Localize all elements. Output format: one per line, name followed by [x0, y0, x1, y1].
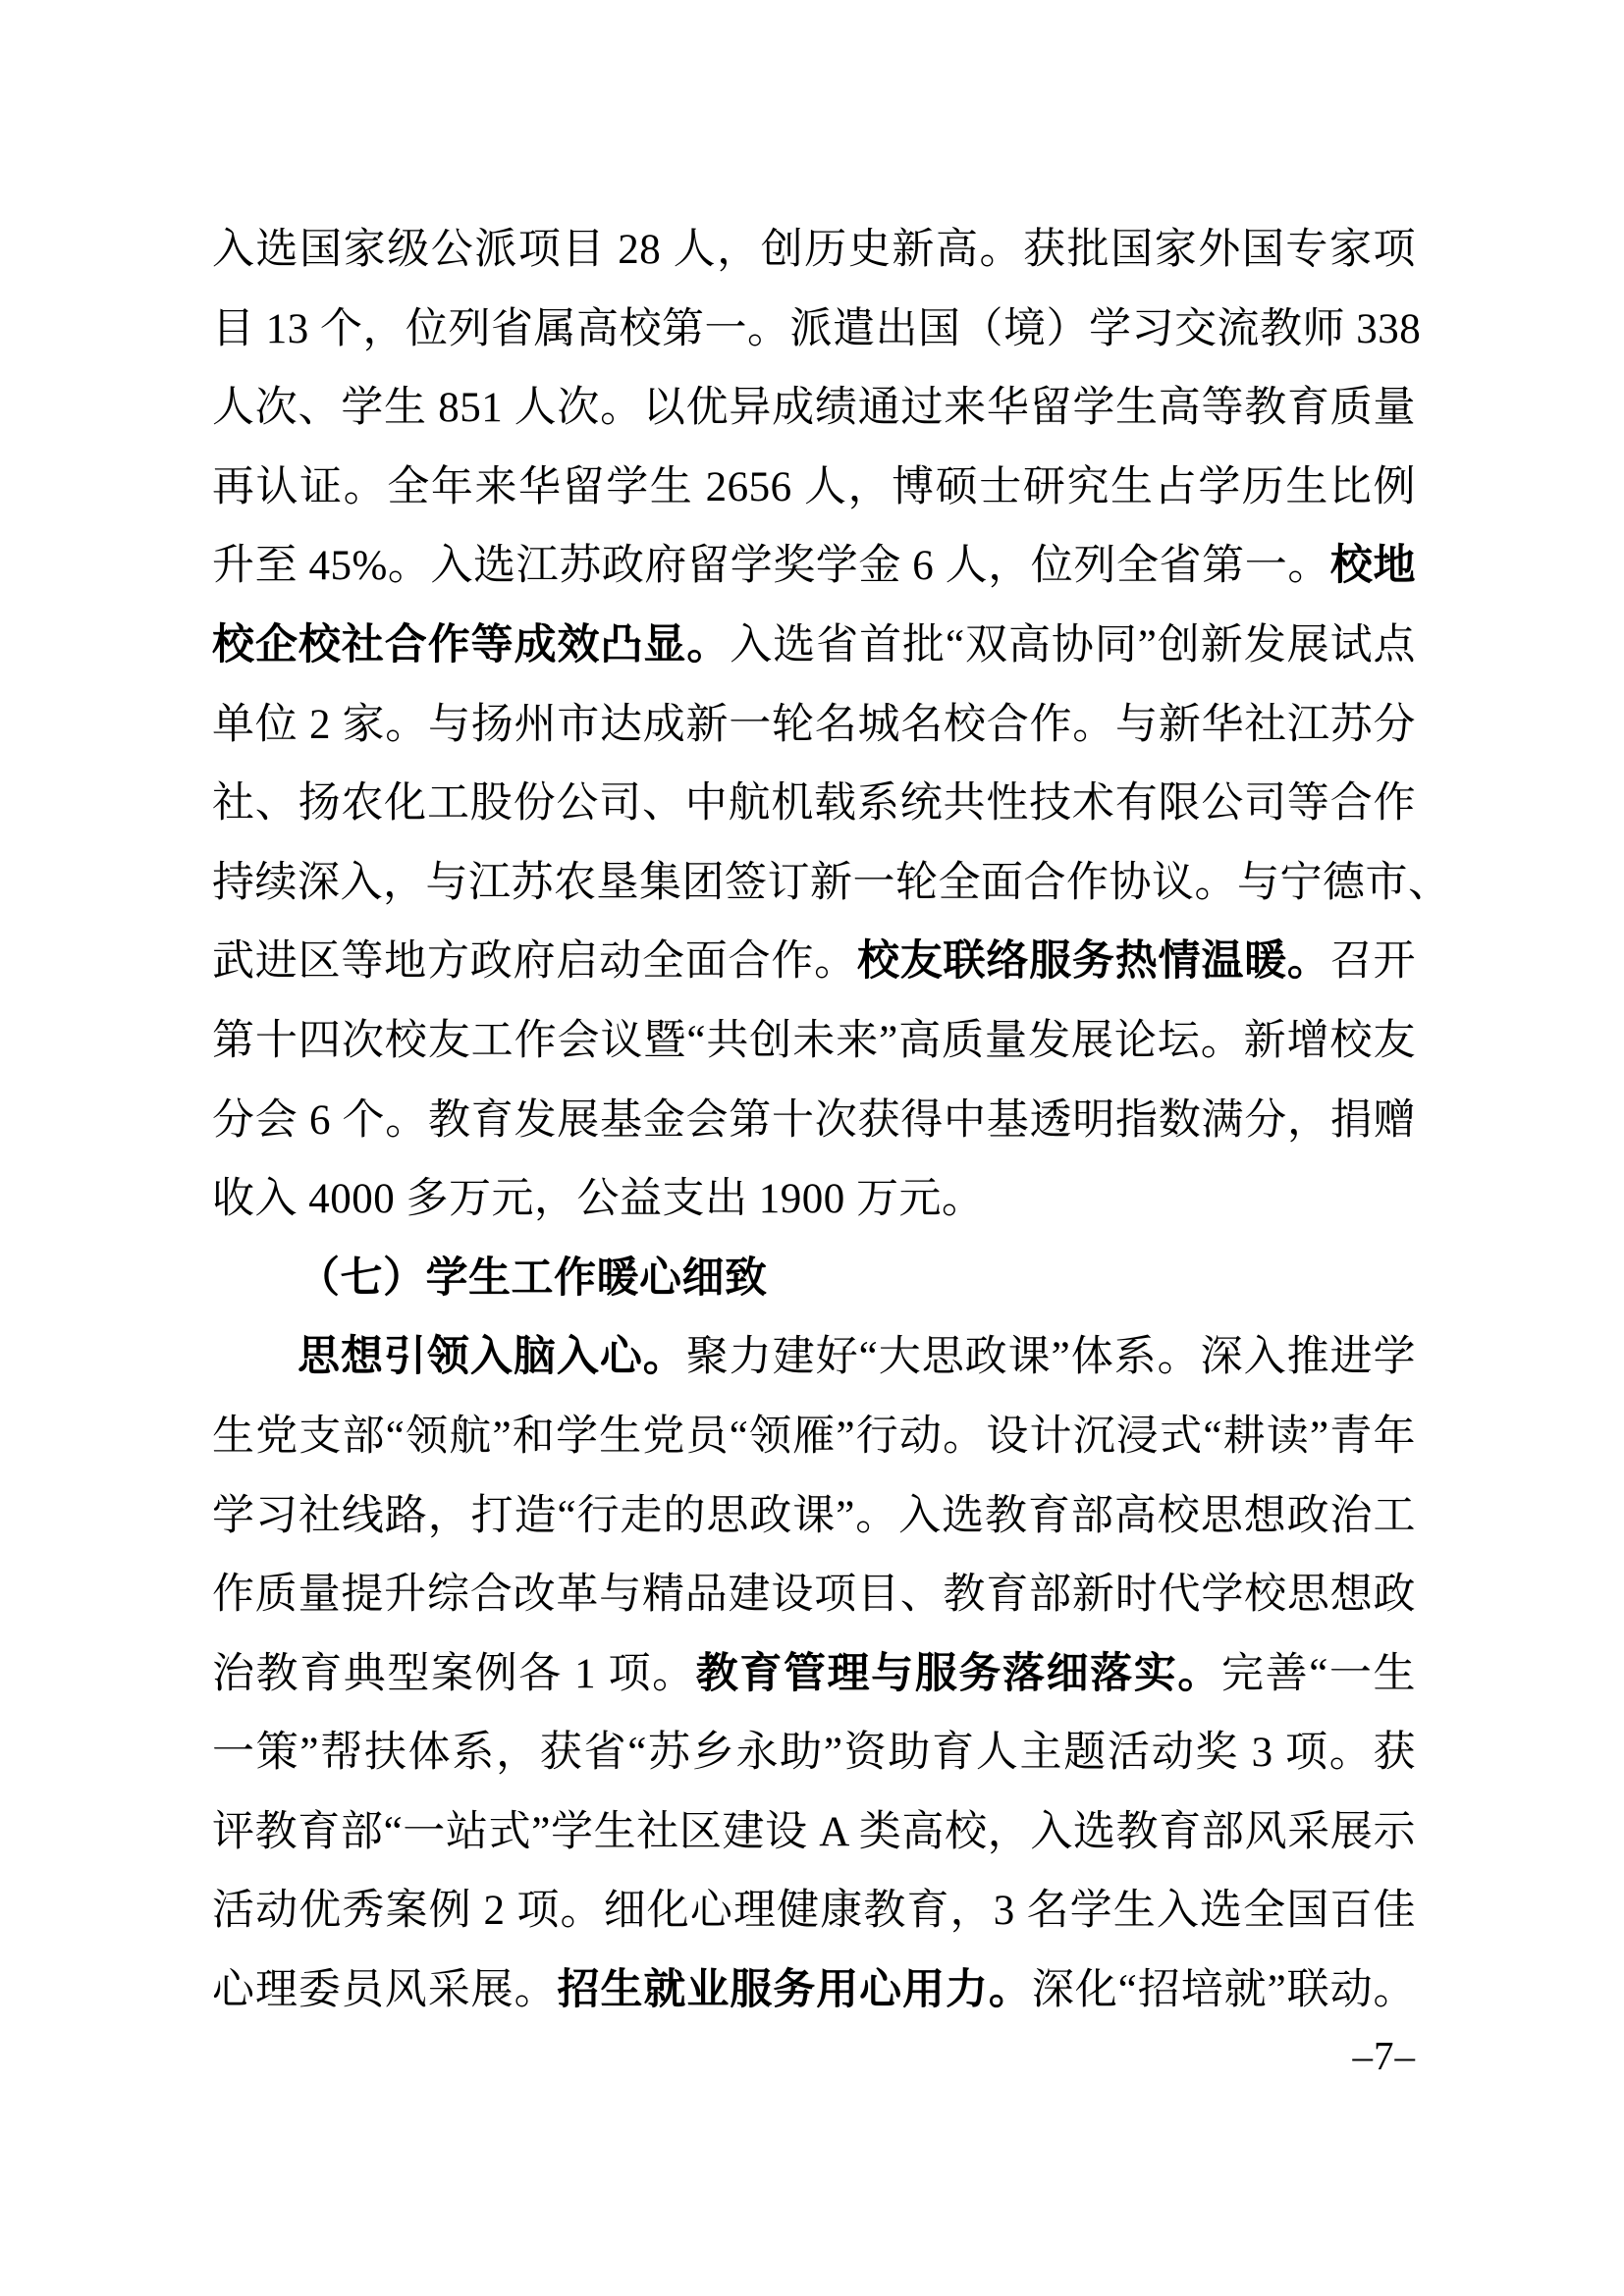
text-segment: 升至 45%。入选江苏政府留学奖学金 6 人，位列全省第一。: [212, 543, 1330, 589]
text-line: 校企校社合作等成效凸显。入选省首批“双高协同”创新发展试点: [212, 607, 1416, 686]
text-segment: 召开: [1330, 938, 1416, 985]
text-segment: 教育管理与服务落细落实。: [696, 1651, 1221, 1697]
text-segment: 作质量提升综合改革与精品建设项目、教育部新时代学校思想政: [212, 1572, 1416, 1618]
text-segment: 学习社线路，打造“行走的思政课”。入选教育部高校思想政治工: [212, 1493, 1416, 1539]
text-segment: 完善“一生: [1221, 1651, 1416, 1697]
text-line: 社、扬农化工股份公司、中航机载系统共性技术有限公司等合作: [212, 765, 1416, 844]
text-line: 第十四次校友工作会议暨“共创未来”高质量发展论坛。新增校友: [212, 1002, 1416, 1082]
text-line: 治教育典型案例各 1 项。教育管理与服务落细落实。完善“一生: [212, 1635, 1416, 1715]
text-line: 人次、学生 851 人次。以优异成绩通过来华留学生高等教育质量: [212, 369, 1416, 449]
text-segment: 再认证。全年来华留学生 2656 人，博硕士研究生占学历生比例: [212, 464, 1416, 510]
text-segment: 招生就业服务用心用力。: [558, 1967, 1032, 2013]
text-segment: 一策”帮扶体系，获省“苏乡永助”资助育人主题活动奖 3 项。获: [212, 1730, 1416, 1776]
text-segment: 收入 4000 多万元，公益支出 1900 万元。: [212, 1176, 985, 1222]
text-line: 评教育部“一站式”学生社区建设 A 类高校，入选教育部风采展示: [212, 1793, 1416, 1873]
text-segment: 入选国家级公派项目 28 人，创历史新高。获批国家外国专家项: [212, 227, 1416, 273]
text-line: 活动优秀案例 2 项。细化心理健康教育，3 名学生入选全国百佳: [212, 1872, 1416, 1951]
text-line: 一策”帮扶体系，获省“苏乡永助”资助育人主题活动奖 3 项。获: [212, 1714, 1416, 1793]
text-segment: 校企校社合作等成效凸显。: [212, 622, 730, 668]
text-line: 武进区等地方政府启动全面合作。校友联络服务热情温暖。召开: [212, 923, 1416, 1002]
text-block: 入选国家级公派项目 28 人，创历史新高。获批国家外国专家项目 13 个，位列省…: [212, 211, 1416, 2031]
text-line: 持续深入，与江苏农垦集团签订新一轮全面合作协议。与宁德市、: [212, 844, 1416, 924]
text-segment: 聚力建好“大思政课”体系。深入推进学: [686, 1334, 1416, 1380]
page-number: –7–: [1353, 2032, 1417, 2079]
text-line: 生党支部“领航”和学生党员“领雁”行动。设计沉浸式“耕读”青年: [212, 1398, 1416, 1477]
text-line: 收入 4000 多万元，公益支出 1900 万元。: [212, 1160, 1416, 1240]
text-line: 心理委员风采展。招生就业服务用心用力。深化“招培就”联动。: [212, 1951, 1416, 2031]
text-segment: 活动优秀案例 2 项。细化心理健康教育，3 名学生入选全国百佳: [212, 1888, 1416, 1934]
text-line: 入选国家级公派项目 28 人，创历史新高。获批国家外国专家项: [212, 211, 1416, 291]
text-segment: 思想引领入脑入心。: [298, 1334, 686, 1380]
text-segment: 治教育典型案例各 1 项。: [212, 1651, 696, 1697]
text-segment: 校地: [1330, 543, 1416, 589]
text-line: 目 13 个，位列省属高校第一。派遣出国（境）学习交流教师 338: [212, 291, 1416, 370]
document-page: 入选国家级公派项目 28 人，创历史新高。获批国家外国专家项目 13 个，位列省…: [0, 0, 1624, 2296]
text-line: 单位 2 家。与扬州市达成新一轮名城名校合作。与新华社江苏分: [212, 686, 1416, 766]
text-line: 学习社线路，打造“行走的思政课”。入选教育部高校思想政治工: [212, 1477, 1416, 1557]
section-heading: （七）学生工作暖心细致: [212, 1240, 1416, 1319]
text-segment: 社、扬农化工股份公司、中航机载系统共性技术有限公司等合作: [212, 780, 1416, 827]
text-segment: 目 13 个，位列省属高校第一。派遣出国（境）学习交流教师 338: [212, 306, 1421, 352]
text-line: 作质量提升综合改革与精品建设项目、教育部新时代学校思想政: [212, 1556, 1416, 1635]
text-line: 分会 6 个。教育发展基金会第十次获得中基透明指数满分，捐赠: [212, 1082, 1416, 1161]
text-segment: 校友联络服务热情温暖。: [857, 938, 1330, 985]
text-segment: 武进区等地方政府启动全面合作。: [212, 938, 857, 985]
text-segment: 单位 2 家。与扬州市达成新一轮名城名校合作。与新华社江苏分: [212, 702, 1416, 748]
text-segment: 分会 6 个。教育发展基金会第十次获得中基透明指数满分，捐赠: [212, 1097, 1416, 1144]
text-segment: 深化“招培就”联动。: [1032, 1967, 1416, 2013]
text-segment: 第十四次校友工作会议暨“共创未来”高质量发展论坛。新增校友: [212, 1018, 1416, 1064]
text-segment: （七）学生工作暖心细致: [298, 1255, 768, 1302]
text-line: 升至 45%。入选江苏政府留学奖学金 6 人，位列全省第一。校地: [212, 527, 1416, 607]
text-segment: 评教育部“一站式”学生社区建设 A 类高校，入选教育部风采展示: [212, 1809, 1416, 1855]
text-segment: 持续深入，与江苏农垦集团签订新一轮全面合作协议。与宁德市、: [212, 860, 1451, 906]
text-line: 思想引领入脑入心。聚力建好“大思政课”体系。深入推进学: [212, 1318, 1416, 1398]
text-segment: 人次、学生 851 人次。以优异成绩通过来华留学生高等教育质量: [212, 385, 1416, 431]
text-segment: 心理委员风采展。: [212, 1967, 558, 2013]
text-line: 再认证。全年来华留学生 2656 人，博硕士研究生占学历生比例: [212, 449, 1416, 528]
text-segment: 入选省首批“双高协同”创新发展试点: [730, 622, 1416, 668]
text-segment: 生党支部“领航”和学生党员“领雁”行动。设计沉浸式“耕读”青年: [212, 1414, 1416, 1460]
